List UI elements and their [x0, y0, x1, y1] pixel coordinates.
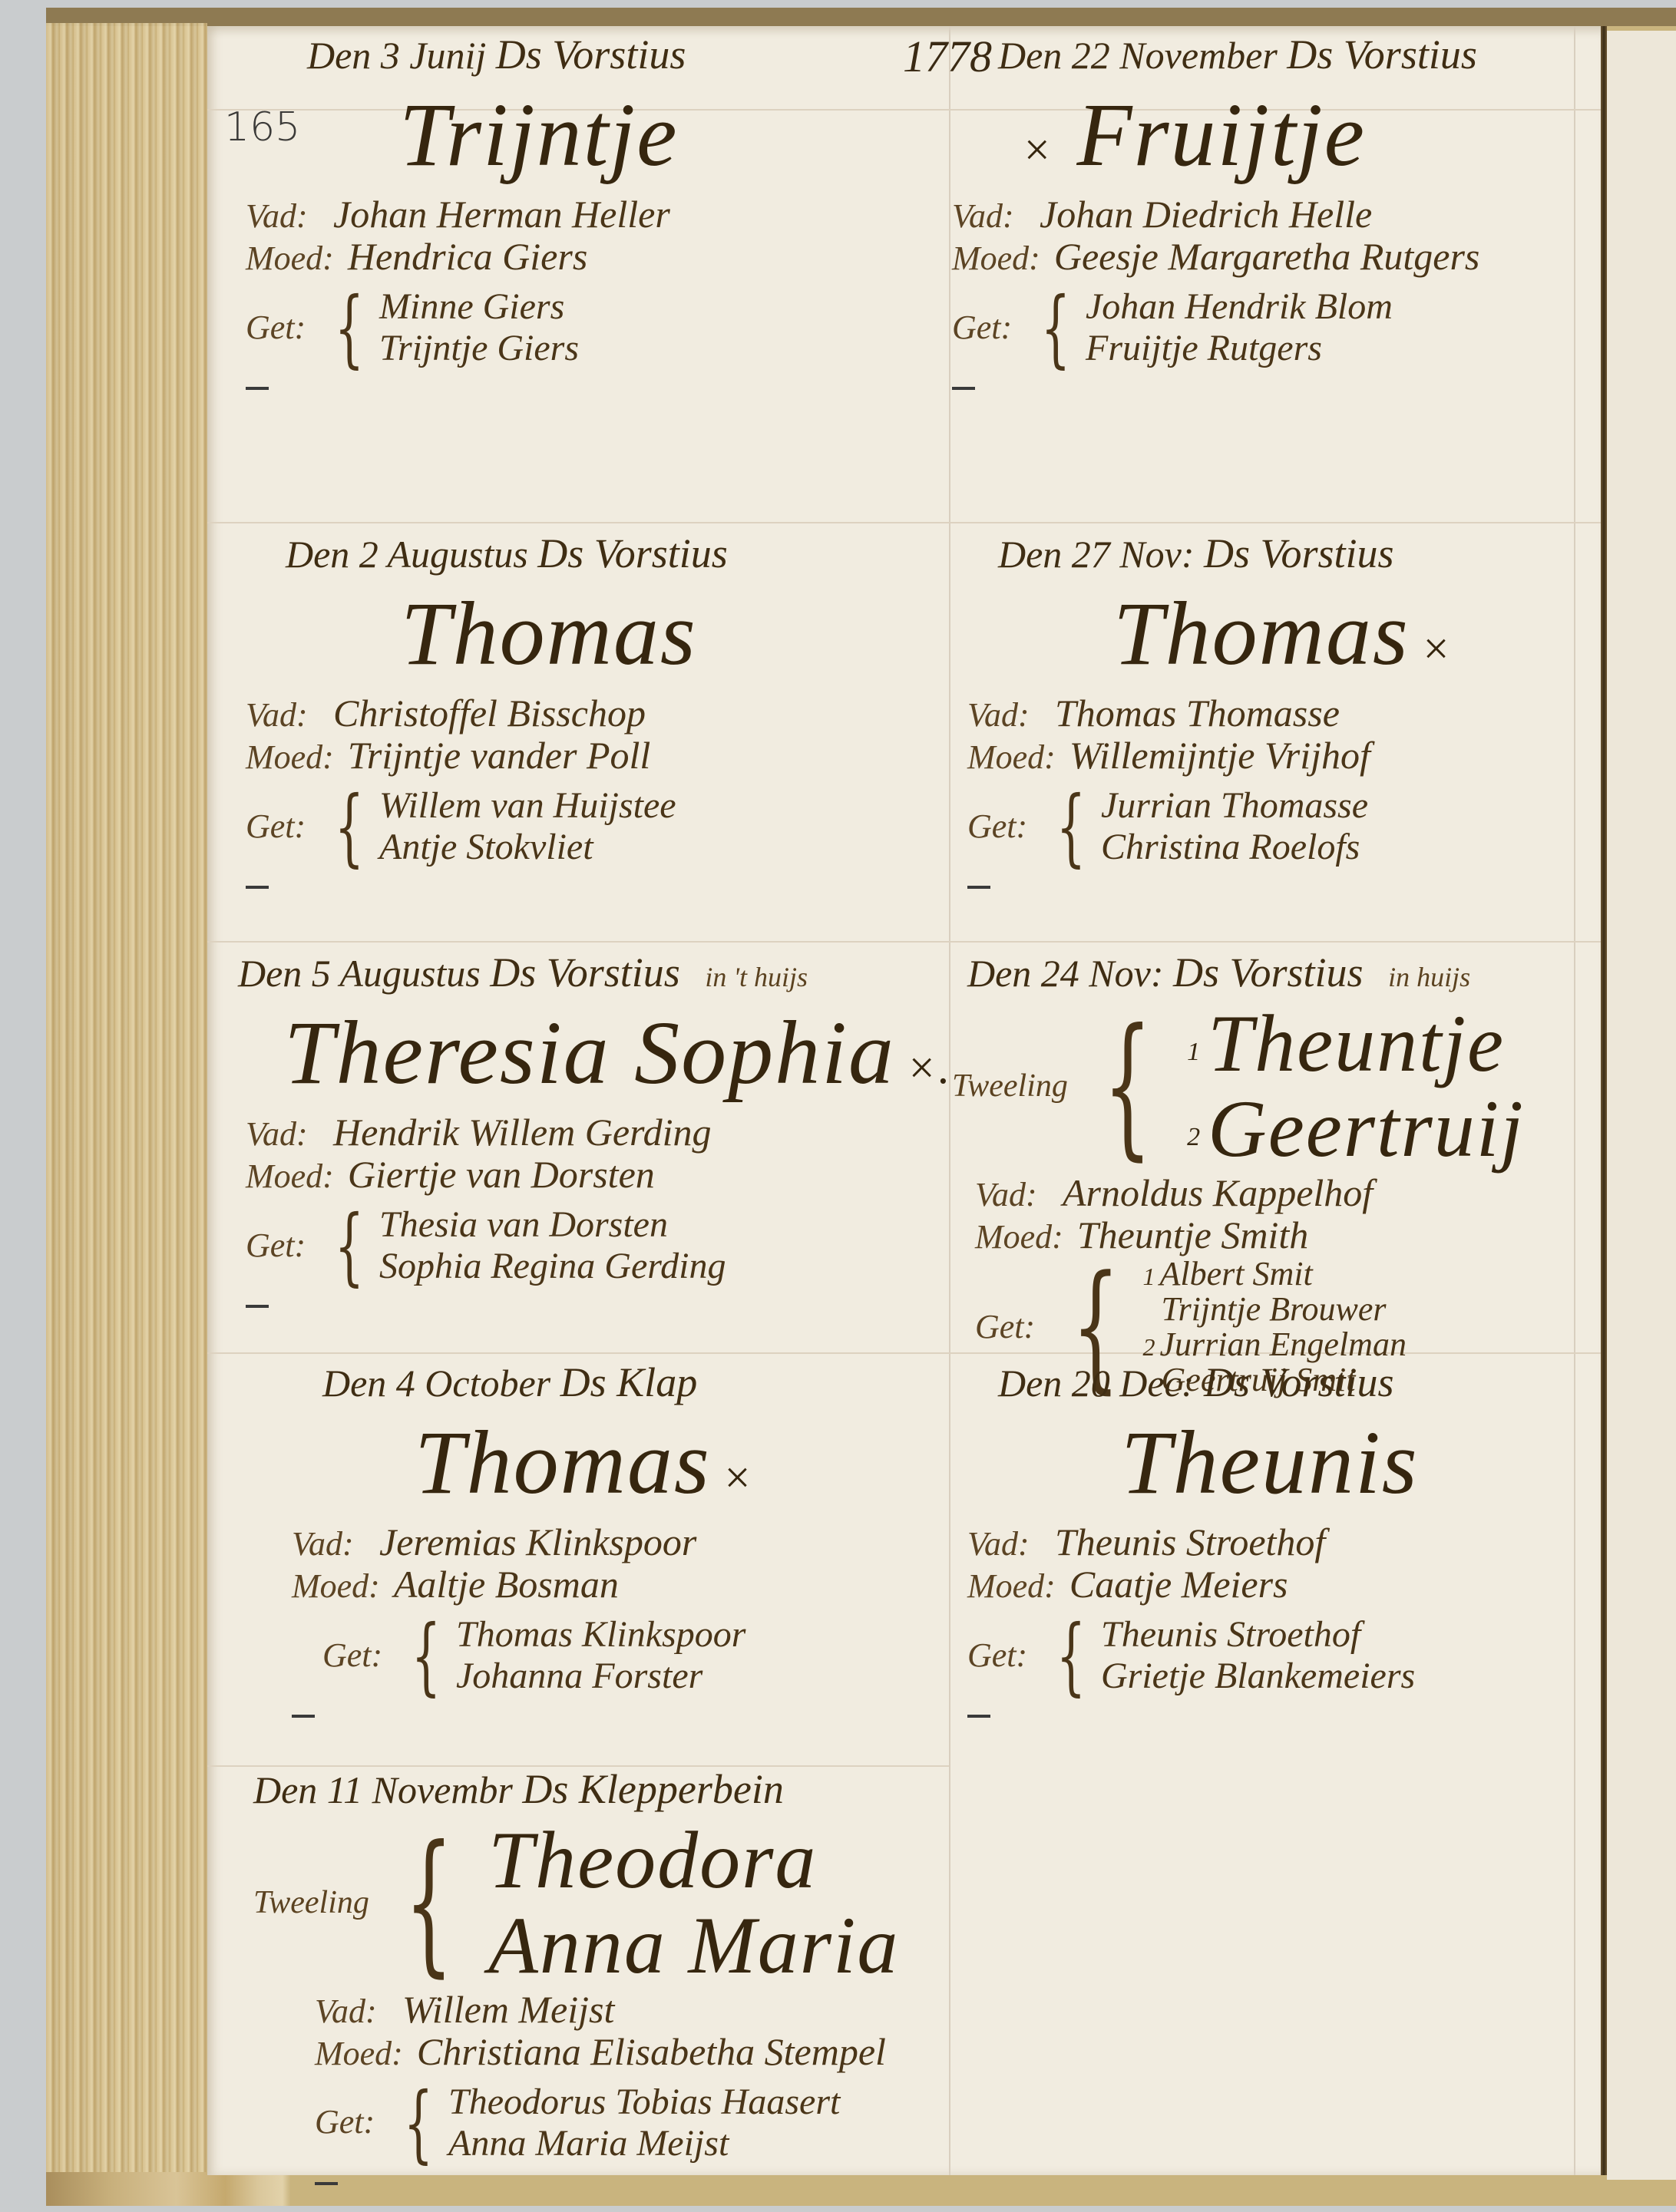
father-label: Vad:: [292, 1526, 365, 1563]
mother-label: Moed:: [246, 1158, 334, 1195]
baptism-date: Den 27 Nov:: [998, 533, 1195, 576]
entry-end-dash: [952, 387, 975, 390]
child-name: Thomas: [1113, 583, 1410, 684]
row-rule: [207, 522, 1601, 523]
father-label: Vad:: [952, 198, 1026, 235]
cross-mark: ×: [722, 1452, 755, 1503]
father-name: Christoffel Bisschop: [333, 692, 646, 735]
mother-name: Willemijntje Vrijhof: [1069, 735, 1370, 777]
baptism-entry: Den 27 Nov: Ds Vorstius Thomas× Vad:Thom…: [998, 530, 1453, 889]
child-name: Theuntje: [1208, 999, 1505, 1088]
witnesses-label: Get:: [967, 808, 1041, 845]
witness-name: Fruijtje Rutgers: [1086, 328, 1393, 369]
minister: Ds Vorstius: [1204, 1359, 1394, 1405]
child-name: Trijntje: [399, 87, 686, 183]
father-label: Vad:: [315, 1993, 388, 2030]
witnesses-label: Get:: [246, 309, 319, 346]
father-name: Johan Diedrich Helle: [1040, 193, 1372, 236]
witness-name: Christina Roelofs: [1101, 827, 1368, 868]
baptism-entry: Den 20 Dec: Ds Vorstius Theunis Vad:Theu…: [998, 1359, 1419, 1718]
baptism-entry: Den 4 October Ds Klap Thomas× Vad:Jeremi…: [322, 1359, 754, 1718]
brace-icon: {: [335, 1203, 365, 1288]
minister: Ds Klepperbein: [522, 1766, 783, 1812]
witness-name: Anna Maria Meijst: [448, 2123, 840, 2164]
baptism-entry-twins: Den 24 Nov: Ds Vorstius in huijs Tweelin…: [967, 949, 1525, 1398]
minister: Ds Vorstius: [490, 949, 680, 995]
father-label: Vad:: [967, 1526, 1041, 1563]
mother-name: Caatje Meiers: [1069, 1563, 1288, 1606]
brace-icon: {: [1103, 1025, 1152, 1147]
witnesses-label: Get:: [975, 1309, 1049, 1345]
minister: Ds Vorstius: [537, 530, 728, 576]
minister: Ds Vorstius: [1173, 949, 1364, 995]
witness-name: Trijntje Brouwer: [1162, 1292, 1407, 1327]
brace-icon: {: [1056, 1613, 1086, 1698]
witness-name: Minne Giers: [379, 286, 579, 328]
mother-label: Moed:: [246, 739, 334, 776]
father-label: Vad:: [246, 1116, 319, 1153]
witnesses-label: Get:: [952, 309, 1026, 346]
brace-icon: {: [1041, 286, 1071, 370]
entry-end-dash: [246, 1305, 269, 1308]
brace-icon: {: [412, 1613, 441, 1698]
father-label: Vad:: [967, 697, 1041, 734]
witness-name: Jurrian Thomasse: [1101, 785, 1368, 827]
witness-name: Thesia van Dorsten: [379, 1204, 726, 1246]
page-number: 165: [224, 104, 300, 150]
baptism-entry: Den 5 Augustus Ds Vorstius in 't huijs T…: [238, 949, 951, 1308]
baptism-date: Den 4 October: [322, 1362, 550, 1405]
mother-label: Moed:: [246, 240, 334, 277]
witness-name: Johan Hendrik Blom: [1086, 286, 1393, 328]
child-name: Geertruij: [1208, 1084, 1525, 1174]
child-name: Thomas: [415, 1412, 711, 1513]
baptism-entry-twins: Den 11 Novembr Ds Klepperbein Tweeling {…: [253, 1765, 899, 2185]
mother-name: Aaltje Bosman: [394, 1563, 619, 1606]
witness-name: Willem van Huijstee: [379, 785, 676, 827]
mother-name: Trijntje vander Poll: [348, 735, 650, 777]
baptism-date: Den 5 Augustus: [238, 952, 481, 995]
cross-mark: ×.: [906, 1042, 952, 1093]
brace-icon: {: [1056, 784, 1086, 869]
father-name: Jeremias Klinkspoor: [379, 1521, 696, 1563]
entry-end-dash: [967, 886, 990, 889]
page-stack-edge: [46, 23, 207, 2172]
mother-label: Moed:: [967, 1568, 1056, 1605]
baptism-entry: Den 3 Junij Ds Vorstius Trijntje Vad:Joh…: [307, 31, 686, 390]
father-label: Vad:: [246, 198, 319, 235]
father-name: Thomas Thomasse: [1055, 692, 1340, 735]
witness-name: Antje Stokvliet: [379, 827, 676, 868]
child-name: Thomas: [401, 586, 728, 682]
father-name: Hendrik Willem Gerding: [333, 1111, 712, 1154]
mother-label: Moed:: [315, 2035, 403, 2072]
twins-label: Tweeling: [952, 1068, 1068, 1104]
father-name: Arnoldus Kappelhof: [1063, 1172, 1373, 1214]
baptism-date: Den 2 Augustus: [286, 533, 528, 576]
witness-name: Jurrian Engelman: [1160, 1326, 1407, 1363]
brace-icon: {: [405, 1841, 454, 1964]
entry-end-dash: [246, 886, 269, 889]
mother-label: Moed:: [292, 1568, 380, 1605]
witnesses-label: Get:: [315, 2104, 388, 2141]
brace-icon: {: [335, 286, 365, 370]
twin-number: 1: [1187, 1038, 1202, 1066]
minister: Ds Vorstius: [496, 31, 686, 78]
witness-name: Sophia Regina Gerding: [379, 1246, 726, 1287]
mother-name: Geesje Margaretha Rutgers: [1054, 236, 1480, 278]
child-name: Anna Maria: [488, 1903, 899, 1988]
entry-header: Den 3 Junij Ds Vorstius: [307, 31, 686, 78]
witnesses-label: Get:: [246, 808, 319, 845]
father-name: Willem Meijst: [402, 1989, 614, 2031]
witness-name: Trijntje Giers: [379, 328, 579, 369]
entry-end-dash: [292, 1715, 315, 1718]
mother-name: Giertje van Dorsten: [348, 1154, 655, 1196]
baptism-date: Den 20 Dec:: [998, 1362, 1194, 1405]
register-year: 1778: [903, 31, 992, 82]
minister: Ds Vorstius: [1204, 530, 1394, 576]
mother-label: Moed:: [975, 1219, 1063, 1256]
child-name: Fruijtje: [1077, 84, 1367, 185]
father-name: Johan Herman Heller: [333, 193, 670, 236]
book-gutter: [1601, 26, 1607, 2175]
child-name: Theodora: [488, 1817, 899, 1903]
mother-label: Moed:: [967, 739, 1056, 776]
entry-end-dash: [246, 387, 269, 390]
cross-mark: ×: [1420, 623, 1453, 674]
witness-name: Grietje Blankemeiers: [1101, 1656, 1415, 1697]
witness-name: Theodorus Tobias Haasert: [448, 2082, 840, 2123]
minister: Ds Vorstius: [1287, 31, 1477, 78]
right-margin-rule: [1574, 26, 1575, 2175]
mother-label: Moed:: [952, 240, 1040, 277]
brace-icon: {: [335, 784, 365, 869]
minister: Ds Klap: [560, 1359, 698, 1405]
witnesses-label: Get:: [246, 1227, 319, 1264]
entry-end-dash: [967, 1715, 990, 1718]
witnesses-label: Get:: [967, 1637, 1041, 1674]
witness-name: Thomas Klinkspoor: [456, 1614, 745, 1656]
father-label: Vad:: [975, 1177, 1049, 1213]
row-rule: [207, 941, 1601, 943]
twin-number: 2: [1187, 1123, 1202, 1151]
baptism-date: Den 24 Nov:: [967, 952, 1164, 995]
baptism-date: Den 11 Novembr: [253, 1768, 513, 1811]
baptism-date: Den 3 Junij: [307, 34, 486, 77]
father-name: Theunis Stroethof: [1055, 1521, 1325, 1563]
twins-label: Tweeling: [253, 1884, 369, 1921]
mother-name: Christiana Elisabetha Stempel: [417, 2031, 886, 2073]
witness-name: Theunis Stroethof: [1101, 1614, 1415, 1656]
brace-icon: {: [404, 2081, 434, 2165]
witness-group-number: 2: [1143, 1333, 1155, 1361]
witness-name: Johanna Forster: [456, 1656, 745, 1697]
mother-name: Hendrica Giers: [348, 236, 587, 278]
cross-mark: ×: [1021, 124, 1054, 175]
child-name: Theresia Sophia: [284, 1002, 895, 1103]
child-name: Theunis: [1121, 1415, 1419, 1510]
facing-page: [1607, 31, 1676, 2180]
location-note: in huijs: [1388, 962, 1470, 992]
witness-name: Albert Smit: [1160, 1255, 1313, 1293]
entry-end-dash: [315, 2182, 338, 2185]
baptism-entry: Den 2 Augustus Ds Vorstius Thomas Vad:Ch…: [286, 530, 728, 889]
location-note: in 't huijs: [705, 962, 808, 992]
witness-group-number: 1: [1143, 1263, 1155, 1290]
witnesses-label: Get:: [322, 1637, 396, 1674]
baptism-entry: Den 22 November Ds Vorstius ×Fruijtje Va…: [998, 31, 1479, 390]
baptism-date: Den 22 November: [998, 34, 1278, 77]
father-label: Vad:: [246, 697, 319, 734]
